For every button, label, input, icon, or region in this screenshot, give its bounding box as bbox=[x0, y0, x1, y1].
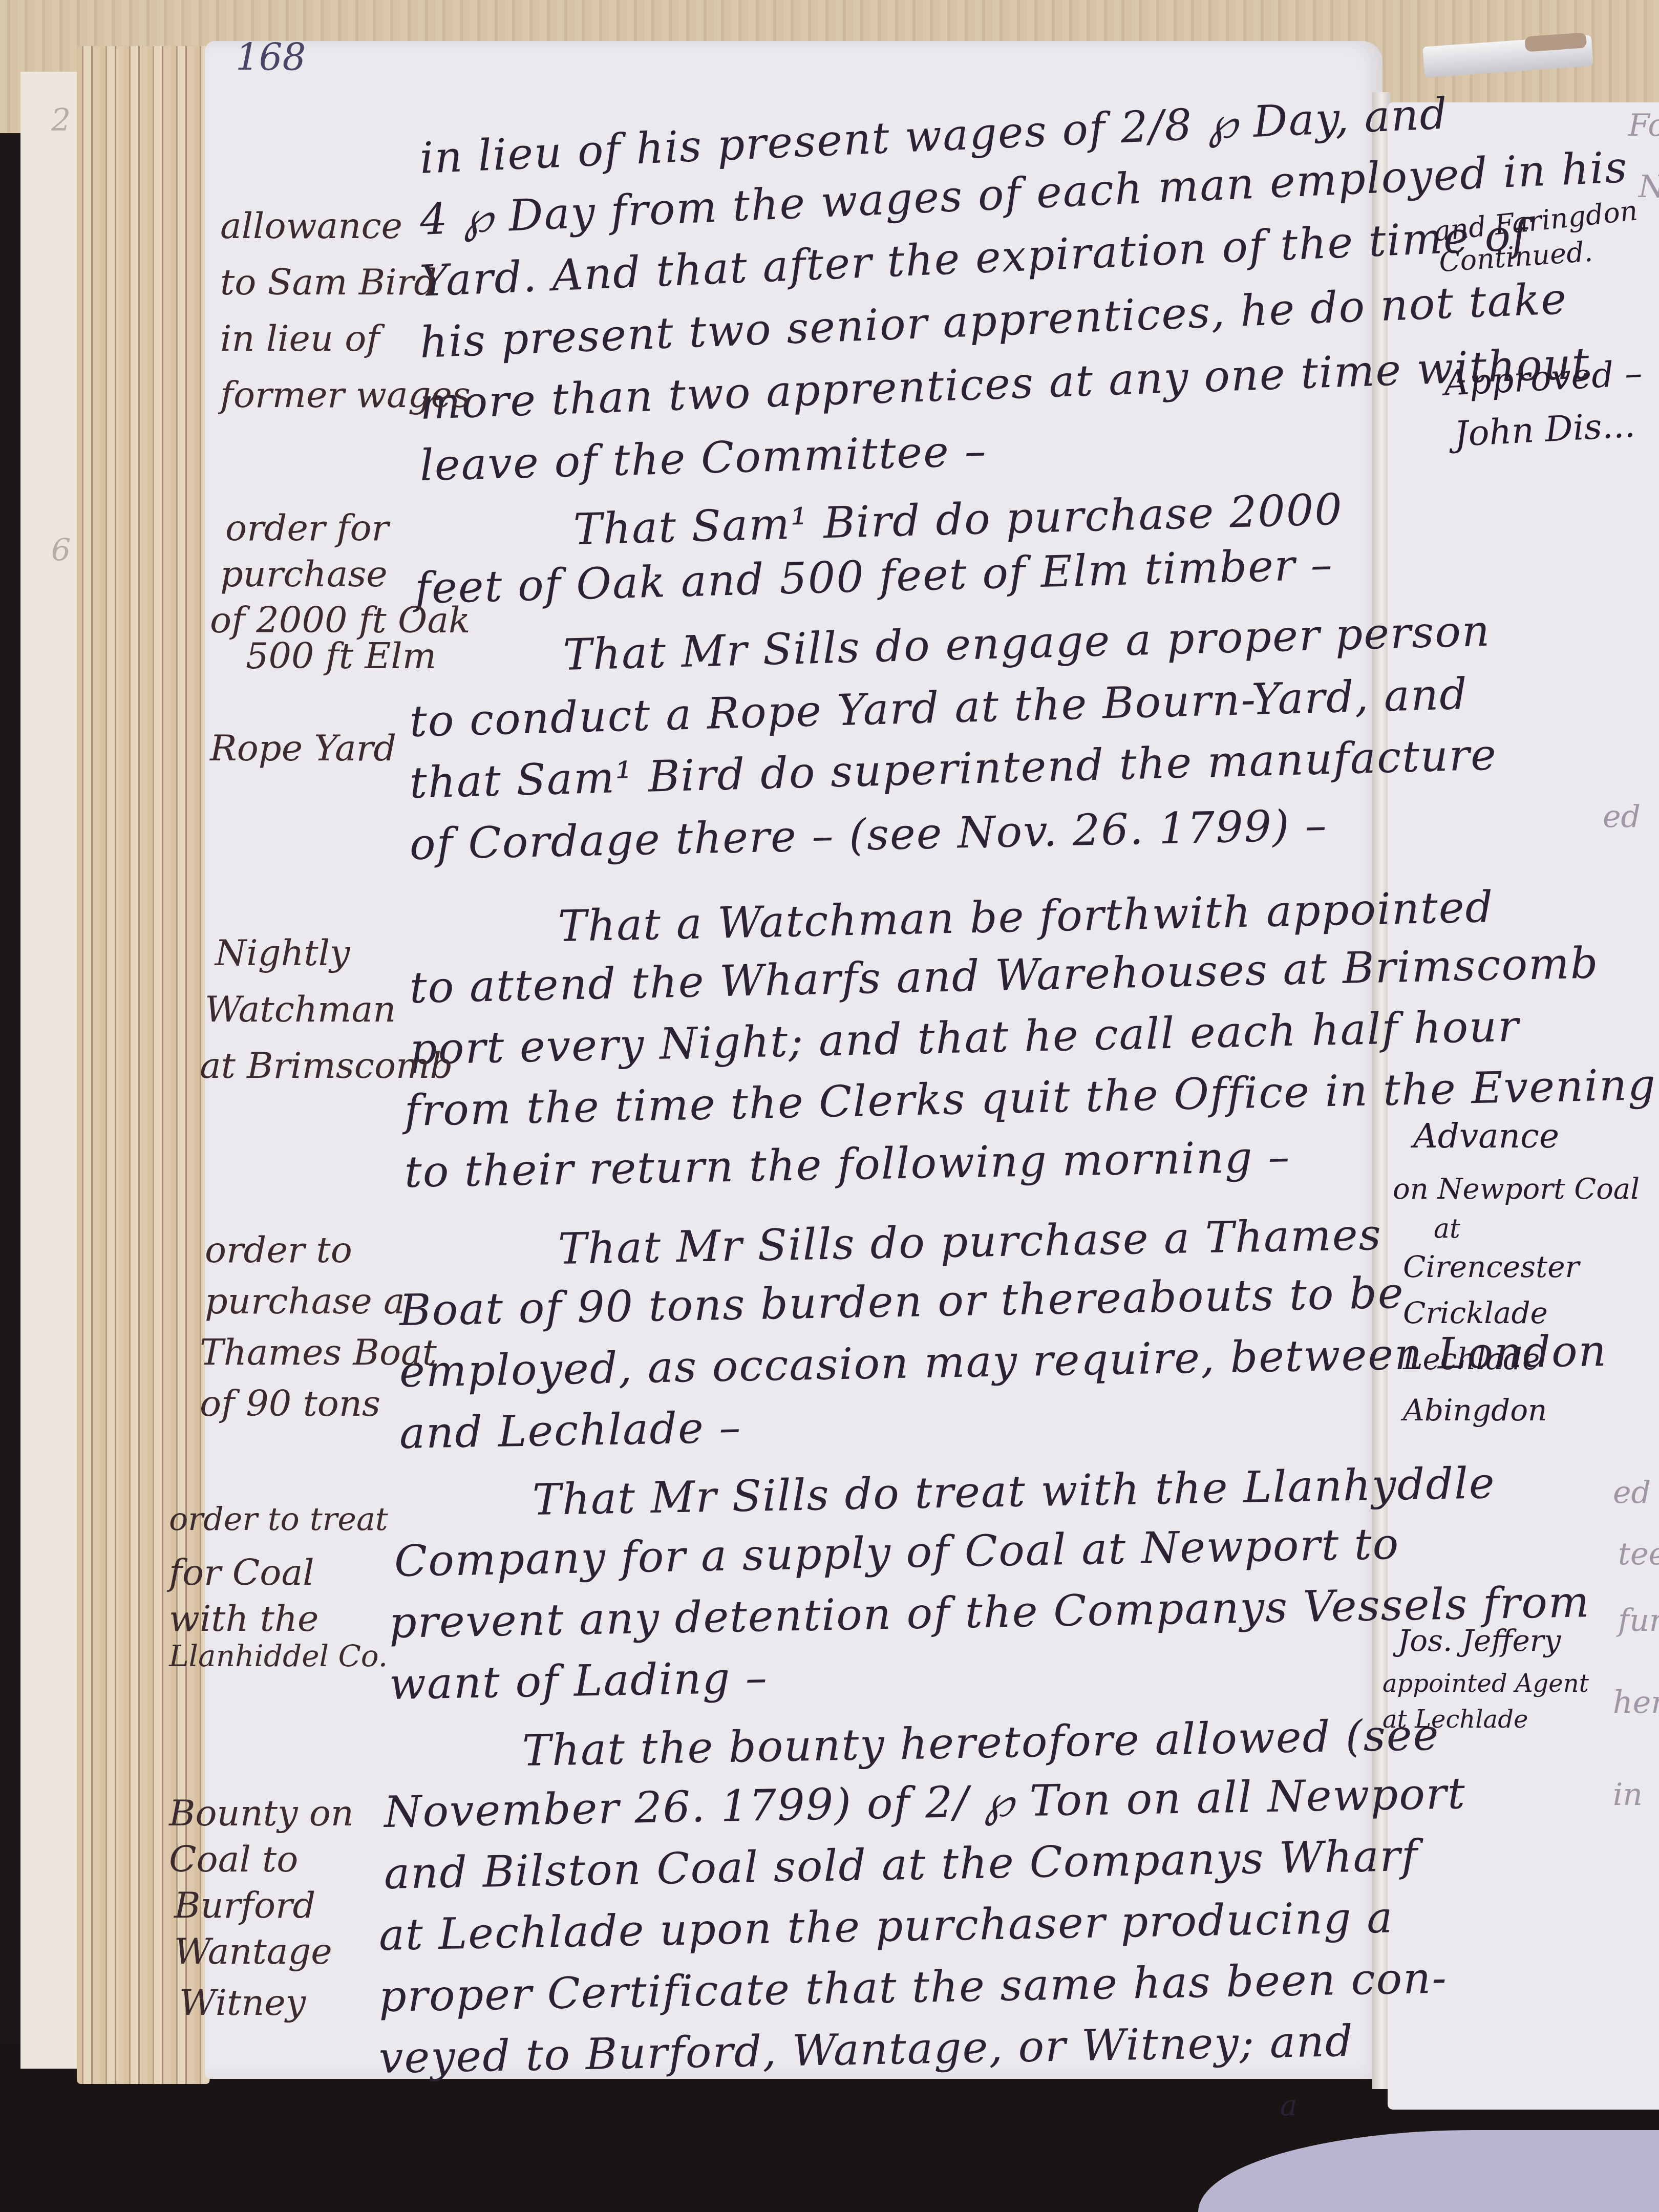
page-number: 168 bbox=[236, 36, 306, 79]
faded-fragment: hen bbox=[1613, 1685, 1659, 1720]
margin-note-allowance: allowance bbox=[220, 205, 402, 247]
margin-note-rope-yard: Rope Yard bbox=[210, 727, 396, 769]
margin-note-thames-boat: Thames Boat bbox=[200, 1331, 437, 1373]
right-margin-note-agent: Jos. Jeffery bbox=[1398, 1623, 1561, 1658]
faded-fragment: ed bbox=[1613, 1475, 1651, 1511]
faded-fragment: fur bbox=[1618, 1603, 1659, 1639]
page-edges-stack bbox=[77, 46, 210, 2084]
faded-fragment: N bbox=[1639, 169, 1659, 205]
body-line: and Lechlade – bbox=[399, 1402, 742, 1458]
right-margin-note-advance: Cirencester bbox=[1403, 1249, 1579, 1284]
right-margin-note-advance: Lechlade bbox=[1403, 1342, 1540, 1376]
right-margin-note-agent: appointed Agent bbox=[1382, 1669, 1589, 1698]
margin-note-allowance: in lieu of bbox=[220, 317, 379, 359]
margin-note-allowance: former wages bbox=[220, 374, 471, 416]
margin-note-thames-boat: purchase a bbox=[205, 1280, 405, 1322]
previous-leaf-fragment: 2 bbox=[51, 102, 71, 138]
margin-note-bounty: Wantage bbox=[174, 1930, 332, 1972]
right-margin-note-advance: Advance bbox=[1413, 1116, 1559, 1156]
margin-note-timber: order for bbox=[225, 507, 389, 549]
previous-leaf-fragment: 6 bbox=[51, 533, 71, 568]
margin-note-coal-treat: order to treat bbox=[169, 1500, 388, 1538]
margin-note-thames-boat: order to bbox=[205, 1229, 352, 1271]
margin-note-bounty: Coal to bbox=[169, 1838, 298, 1880]
faded-fragment: Fo bbox=[1628, 108, 1659, 143]
margin-note-thames-boat: of 90 tons bbox=[200, 1382, 380, 1424]
margin-note-bounty: Bounty on bbox=[169, 1792, 354, 1834]
faded-fragment: tee bbox=[1618, 1536, 1659, 1572]
faded-fragment: ed bbox=[1603, 799, 1641, 835]
margin-note-timber: purchase bbox=[220, 553, 388, 595]
right-margin-note-advance: at bbox=[1434, 1214, 1460, 1244]
body-line: want of Lading – bbox=[389, 1652, 769, 1709]
margin-note-bounty: Witney bbox=[179, 1982, 306, 2024]
margin-note-watchman: Nightly bbox=[215, 932, 350, 974]
margin-note-timber: 500 ft Elm bbox=[246, 635, 436, 677]
right-margin-note-advance: Abingdon bbox=[1403, 1393, 1547, 1428]
margin-note-watchman: at Brimscomb bbox=[200, 1045, 453, 1087]
margin-note-coal-treat: Llanhiddel Co. bbox=[169, 1639, 388, 1673]
faded-fragment: in bbox=[1613, 1777, 1643, 1813]
margin-note-bounty: Burford bbox=[174, 1884, 315, 1926]
catchword: a bbox=[1280, 2089, 1298, 2122]
margin-note-coal-treat: with the bbox=[169, 1598, 318, 1640]
right-margin-note-advance: Cricklade bbox=[1403, 1295, 1548, 1330]
right-margin-note-advance: on Newport Coal bbox=[1393, 1173, 1640, 1206]
margin-note-allowance: to Sam Bird bbox=[220, 261, 437, 303]
margin-note-coal-treat: for Coal bbox=[169, 1551, 314, 1593]
margin-note-watchman: Watchman bbox=[205, 988, 396, 1030]
right-margin-note-agent: at Lechlade bbox=[1382, 1705, 1528, 1734]
